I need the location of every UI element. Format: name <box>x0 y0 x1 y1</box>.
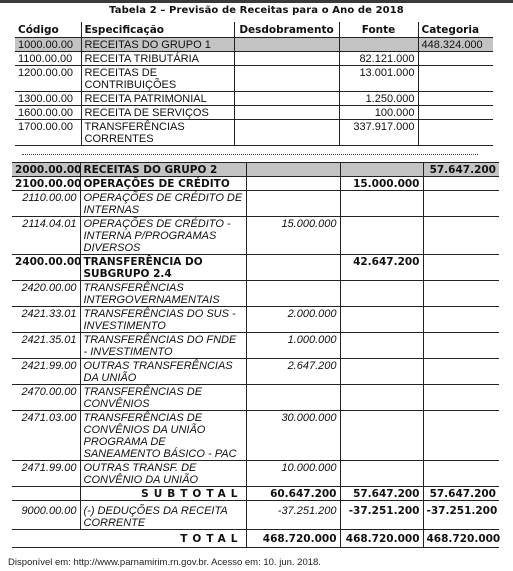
cell-categoria <box>423 191 499 217</box>
cell-categoria <box>423 411 499 461</box>
cell-desdobramento: 2.000.000 <box>246 307 340 333</box>
table-row: 2420.00.00TRANSFERÊNCIAS INTERGOVERNAMEN… <box>12 281 499 307</box>
cell-code: 1200.00.00 <box>15 66 81 92</box>
table-row: 2421.33.01TRANSFERÊNCIAS DO SUS - INVEST… <box>12 307 499 333</box>
table-row: 2421.99.00OUTRAS TRANSFERÊNCIAS DA UNIÃO… <box>12 359 499 385</box>
cell-desdobramento <box>246 385 340 411</box>
cell-code: 1000.00.00 <box>15 38 81 52</box>
table-row: 2470.00.00TRANSFERÊNCIAS DE CONVÊNIOS <box>12 385 499 411</box>
cell-spec: OUTRAS TRANSFERÊNCIAS DA UNIÃO <box>80 359 246 385</box>
cell-fonte: 100.000 <box>339 106 418 120</box>
cell-categoria <box>423 385 499 411</box>
cell-desdobramento: 2.647.200 <box>246 359 340 385</box>
cell-code: 1300.00.00 <box>15 92 81 106</box>
table-row: 1600.00.00RECEITA DE SERVIÇOS100.000 <box>15 106 493 120</box>
deducoes-fonte: -37.251.200 <box>340 501 423 530</box>
cell-spec: OUTRAS TRANSF. DE CONVÊNIO DA UNIÃO <box>80 461 246 487</box>
total-desdobramento: 468.720.000 <box>246 530 340 548</box>
cell-code: 2471.99.00 <box>12 461 80 487</box>
cell-categoria <box>423 255 499 281</box>
cell-code: 2000.00.00 <box>12 163 80 177</box>
cell-desdobramento: 10.000.000 <box>246 461 340 487</box>
subtotal-label: SUBTOTAL <box>80 487 246 501</box>
deducoes-spec: (-) DEDUÇÕES DA RECEITA CORRENTE <box>80 501 246 530</box>
cell-fonte <box>340 333 423 359</box>
cell-categoria <box>418 66 493 92</box>
deducoes-code: 9000.00.00 <box>12 501 80 530</box>
table-row: 2400.00.00TRANSFERÊNCIA DO SUBGRUPO 2.44… <box>12 255 499 281</box>
cell-code: 2100.00.00 <box>12 177 80 191</box>
cell-code: 2421.35.01 <box>12 333 80 359</box>
table-row: 2421.35.01TRANSFERÊNCIAS DO FNDE - INVES… <box>12 333 499 359</box>
cell-code: 2471.03.00 <box>12 411 80 461</box>
table-row: 2110.00.00OPERAÇÕES DE CRÉDITO DE INTERN… <box>12 191 499 217</box>
cell-desdobramento: 30.000.000 <box>246 411 340 461</box>
cell-fonte <box>340 281 423 307</box>
cell-categoria <box>423 307 499 333</box>
cell-spec: RECEITA PATRIMONIAL <box>81 92 234 106</box>
cell-fonte: 1.250.000 <box>339 92 418 106</box>
cell-fonte <box>339 38 418 52</box>
cell-categoria <box>423 177 499 191</box>
cell-spec: RECEITAS DE CONTRIBUIÇÕES <box>81 66 234 92</box>
cell-code: 2470.00.00 <box>12 385 80 411</box>
cell-desdobramento: 1.000.000 <box>246 333 340 359</box>
cell-code: 2421.33.01 <box>12 307 80 333</box>
cell-spec: RECEITA DE SERVIÇOS <box>81 106 234 120</box>
cell-categoria <box>423 333 499 359</box>
cell-fonte <box>340 411 423 461</box>
cell-spec: TRANSFERÊNCIA DO SUBGRUPO 2.4 <box>80 255 246 281</box>
deducoes-categoria: -37.251.200 <box>423 501 499 530</box>
table-row: 2114.04.01OPERAÇÕES DE CRÉDITO - INTERNA… <box>12 217 499 255</box>
cell-desdobramento <box>246 281 340 307</box>
subtotal-row: SUBTOTAL 60.647.200 57.647.200 57.647.20… <box>12 487 499 501</box>
cell-categoria <box>423 217 499 255</box>
cell-fonte <box>340 191 423 217</box>
cell-categoria: 448.324.000 <box>418 38 493 52</box>
total-row: TOTAL 468.720.000 468.720.000 468.720.00… <box>12 530 499 548</box>
table-row: 1100.00.00RECEITA TRIBUTÁRIA82.121.000 <box>15 52 493 66</box>
header-categoria: Categoria <box>418 22 493 38</box>
cell-code: 1100.00.00 <box>15 52 81 66</box>
cell-categoria: 57.647.200 <box>423 163 499 177</box>
header-especificacao: Especificação <box>81 22 234 38</box>
header-codigo: Código <box>15 22 81 38</box>
cell-categoria <box>418 120 493 146</box>
subtotal-fonte: 57.647.200 <box>340 487 423 501</box>
cell-fonte: 82.121.000 <box>339 52 418 66</box>
cell-code: 1700.00.00 <box>15 120 81 146</box>
source-footnote: Disponível em: http://www.parnamirim.rn.… <box>8 557 321 568</box>
table-header-row: Código Especificação Desdobramento Fonte… <box>15 22 493 38</box>
table-row: 2000.00.00RECEITAS DO GRUPO 257.647.200 <box>12 163 499 177</box>
cell-desdobramento <box>234 120 339 146</box>
deducoes-desdobramento: -37.251.200 <box>246 501 340 530</box>
cell-fonte <box>340 359 423 385</box>
cell-fonte <box>340 385 423 411</box>
table-row: 1300.00.00RECEITA PATRIMONIAL1.250.000 <box>15 92 493 106</box>
cell-categoria <box>418 52 493 66</box>
cell-spec: RECEITAS DO GRUPO 1 <box>81 38 234 52</box>
total-label: TOTAL <box>12 530 246 548</box>
cell-desdobramento <box>246 255 340 281</box>
dotted-separator <box>22 154 478 155</box>
cell-spec: TRANSFERÊNCIAS DE CONVÊNIOS DA UNIÃO PRO… <box>80 411 246 461</box>
cell-desdobramento: 15.000.000 <box>246 217 340 255</box>
cell-code: 2400.00.00 <box>12 255 80 281</box>
total-fonte: 468.720.000 <box>340 530 423 548</box>
cell-spec: TRANSFERÊNCIAS DE CONVÊNIOS <box>80 385 246 411</box>
cell-code: 2420.00.00 <box>12 281 80 307</box>
cell-desdobramento <box>246 163 340 177</box>
cell-spec: RECEITA TRIBUTÁRIA <box>81 52 234 66</box>
cell-code: 2110.00.00 <box>12 191 80 217</box>
top-bar <box>0 0 513 3</box>
cell-categoria <box>418 106 493 120</box>
cell-fonte <box>340 163 423 177</box>
table-title: Tabela 2 – Previsão de Receitas para o A… <box>0 5 513 16</box>
table-row: 1700.00.00TRANSFERÊNCIAS CORRENTES337.91… <box>15 120 493 146</box>
cell-code: 2421.99.00 <box>12 359 80 385</box>
table-row: 1000.00.00RECEITAS DO GRUPO 1448.324.000 <box>15 38 493 52</box>
cell-fonte: 42.647.200 <box>340 255 423 281</box>
cell-spec: OPERAÇÕES DE CRÉDITO DE INTERNAS <box>80 191 246 217</box>
cell-desdobramento <box>234 52 339 66</box>
header-desdobramento: Desdobramento <box>234 22 339 38</box>
cell-desdobramento <box>234 106 339 120</box>
table-row: 1200.00.00RECEITAS DE CONTRIBUIÇÕES13.00… <box>15 66 493 92</box>
cell-desdobramento <box>246 177 340 191</box>
cell-fonte: 15.000.000 <box>340 177 423 191</box>
subtotal-desdobramento: 60.647.200 <box>246 487 340 501</box>
cell-fonte: 337.917.000 <box>339 120 418 146</box>
cell-fonte <box>340 461 423 487</box>
subtotal-categoria: 57.647.200 <box>423 487 499 501</box>
cell-desdobramento <box>234 66 339 92</box>
cell-spec: TRANSFERÊNCIAS INTERGOVERNAMENTAIS <box>80 281 246 307</box>
cell-fonte <box>340 217 423 255</box>
revenue-table-group-2: 2000.00.00RECEITAS DO GRUPO 257.647.2002… <box>12 162 499 548</box>
cell-spec: TRANSFERÊNCIAS DO FNDE - INVESTIMENTO <box>80 333 246 359</box>
cell-spec: OPERAÇÕES DE CRÉDITO - INTERNA P/PROGRAM… <box>80 217 246 255</box>
cell-categoria <box>423 461 499 487</box>
cell-spec: OPERAÇÕES DE CRÉDITO <box>80 177 246 191</box>
cell-fonte <box>340 307 423 333</box>
deducoes-row: 9000.00.00 (-) DEDUÇÕES DA RECEITA CORRE… <box>12 501 499 530</box>
cell-desdobramento <box>234 92 339 106</box>
cell-categoria <box>423 359 499 385</box>
table-row: 2100.00.00OPERAÇÕES DE CRÉDITO15.000.000 <box>12 177 499 191</box>
header-fonte: Fonte <box>339 22 418 38</box>
cell-code: 1600.00.00 <box>15 106 81 120</box>
cell-categoria <box>418 92 493 106</box>
total-categoria: 468.720.000 <box>423 530 499 548</box>
revenue-table-group-1: Código Especificação Desdobramento Fonte… <box>15 22 493 146</box>
table-row: 2471.03.00TRANSFERÊNCIAS DE CONVÊNIOS DA… <box>12 411 499 461</box>
cell-fonte: 13.001.000 <box>339 66 418 92</box>
cell-spec: TRANSFERÊNCIAS DO SUS - INVESTIMENTO <box>80 307 246 333</box>
table-row: 2471.99.00OUTRAS TRANSF. DE CONVÊNIO DA … <box>12 461 499 487</box>
cell-code: 2114.04.01 <box>12 217 80 255</box>
cell-categoria <box>423 281 499 307</box>
cell-spec: TRANSFERÊNCIAS CORRENTES <box>81 120 234 146</box>
cell-desdobramento <box>234 38 339 52</box>
cell-spec: RECEITAS DO GRUPO 2 <box>80 163 246 177</box>
cell-desdobramento <box>246 191 340 217</box>
